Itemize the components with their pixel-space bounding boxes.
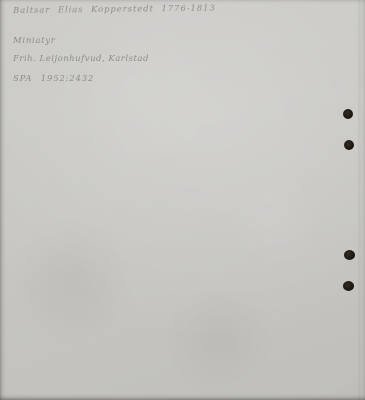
- handwritten-medium-line: Miniatyr: [13, 36, 56, 46]
- ink-dot-2: [344, 140, 354, 150]
- ink-dot-3: [344, 250, 355, 260]
- handwritten-catalog-number-line: SPA 1952:2432: [13, 74, 94, 84]
- handwritten-collection-line: Frih. Leijonhufvud, Karlstad: [13, 54, 149, 64]
- ink-dot-4: [343, 281, 354, 291]
- archive-card-scan: Baltsar Elias Kopperstedt 1776-1813 Mini…: [0, 0, 365, 400]
- card-right-edge: [358, 0, 365, 400]
- ink-dot-1: [343, 109, 353, 119]
- handwritten-name-dates-line: Baltsar Elias Kopperstedt 1776-1813: [13, 4, 216, 16]
